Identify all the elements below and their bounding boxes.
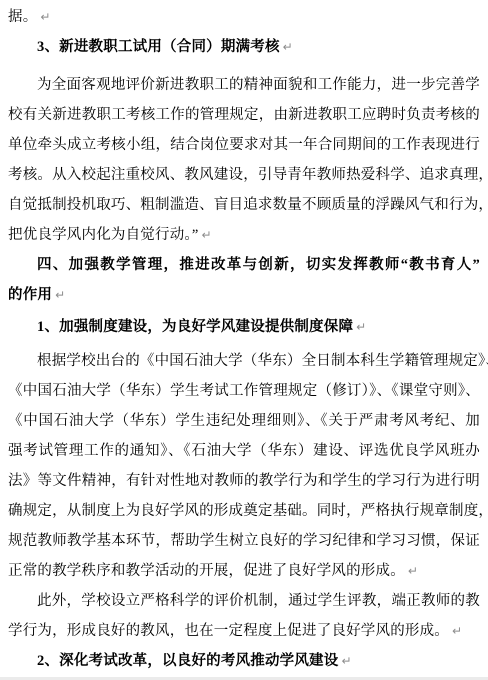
body-line[interactable]: 根据学校出台的《中国石油大学（华东）全日制本科生学籍管理规定》、 bbox=[8, 346, 480, 376]
line-text: 正常的教学秩序和教学活动的开展，促进了良好学风的形成。 bbox=[8, 563, 405, 579]
body-line[interactable]: 校有关新进教职工考核工作的管理规定，由新进教职工应聘时负责考核的 bbox=[8, 100, 480, 130]
line-text: 自觉抵制投机取巧、粗制滥造、盲目追求数量不顾质量的浮躁风气和行为， bbox=[8, 197, 488, 213]
heading-line[interactable]: 的作用↵ bbox=[8, 280, 480, 310]
line-text: 单位牵头成立考核小组，结合岗位要求对其一年合同期间的工作表现进行 bbox=[8, 137, 480, 153]
line-text: 此外，学校设立严格科学的评价机制，通过学生评教，端正教师的教 bbox=[37, 593, 480, 609]
document-page[interactable]: 据。↵ 3、新进教职工试用（合同）期满考核↵ 为全面客观地评价新进教职工的精神面… bbox=[0, 0, 488, 676]
line-text: 规范教师教学基本环节，帮助学生树立良好的学习纪律和学习习惯，保证 bbox=[8, 533, 480, 549]
line-text: 根据学校出台的《中国石油大学（华东）全日制本科生学籍管理规定》、 bbox=[37, 353, 488, 369]
line-text: 确规定，从制度上为良好学风的形成奠定基础。同时，严格执行规章制度， bbox=[8, 503, 488, 519]
body-line[interactable]: 自觉抵制投机取巧、粗制滥造、盲目追求数量不顾质量的浮躁风气和行为， bbox=[8, 190, 480, 220]
line-text: 考核。从入校起注重校风、教风建设，引导青年教师热爱科学、追求真理， bbox=[8, 167, 488, 183]
paragraph-mark-icon: ↵ bbox=[356, 320, 366, 334]
body-line[interactable]: 为全面客观地评价新进教职工的精神面貌和工作能力，进一步完善学 bbox=[8, 70, 480, 100]
body-line[interactable]: 《中国石油大学（华东）学生违纪处理细则》、《关于严肃考风考纪、加 bbox=[8, 406, 480, 436]
line-text: 《中国石油大学（华东）学生考试工作管理规定（修订）》、《课堂守则》、 bbox=[8, 383, 480, 399]
heading-line[interactable]: 2、深化考试改革，以良好的考风推动学风建设↵ bbox=[8, 646, 480, 676]
line-text: 强考试管理工作的通知》、《石油大学（华东）建设、评选优良学风班办 bbox=[8, 443, 480, 459]
line-text: 3、新进教职工试用（合同）期满考核 bbox=[37, 39, 280, 55]
paragraph-mark-icon: ↵ bbox=[408, 564, 418, 578]
line-text: 学行为，形成良好的教风，也在一定程度上促进了良好学风的形成。 bbox=[8, 623, 449, 639]
paragraph-mark-icon: ↵ bbox=[202, 228, 212, 242]
heading-line[interactable]: 四、加强教学管理，推进改革与创新，切实发挥教师“教书育人” bbox=[8, 250, 480, 280]
paragraph-mark-icon: ↵ bbox=[283, 40, 293, 54]
body-line[interactable]: 据。↵ bbox=[8, 2, 480, 32]
line-text: 四、加强教学管理，推进改革与创新，切实发挥教师“教书育人” bbox=[37, 257, 480, 273]
heading-line[interactable]: 1、加强制度建设，为良好学风建设提供制度保障↵ bbox=[8, 312, 480, 342]
line-text: 的作用 bbox=[8, 287, 52, 303]
body-line[interactable]: 单位牵头成立考核小组，结合岗位要求对其一年合同期间的工作表现进行 bbox=[8, 130, 480, 160]
paragraph-mark-icon: ↵ bbox=[341, 654, 351, 668]
body-line[interactable]: 此外，学校设立严格科学的评价机制，通过学生评教，端正教师的教 bbox=[8, 586, 480, 616]
heading-line[interactable]: 3、新进教职工试用（合同）期满考核↵ bbox=[8, 32, 480, 62]
paragraph-mark-icon: ↵ bbox=[452, 624, 462, 638]
body-line[interactable]: 规范教师教学基本环节，帮助学生树立良好的学习纪律和学习习惯，保证 bbox=[8, 526, 480, 556]
body-line[interactable]: 考核。从入校起注重校风、教风建设，引导青年教师热爱科学、追求真理， bbox=[8, 160, 480, 190]
body-line[interactable]: 正常的教学秩序和教学活动的开展，促进了良好学风的形成。↵ bbox=[8, 556, 480, 586]
body-line[interactable]: 确规定，从制度上为良好学风的形成奠定基础。同时，严格执行规章制度， bbox=[8, 496, 480, 526]
paragraph-mark-icon: ↵ bbox=[55, 288, 65, 302]
line-text: 校有关新进教职工考核工作的管理规定，由新进教职工应聘时负责考核的 bbox=[8, 107, 480, 123]
line-text: 《中国石油大学（华东）学生违纪处理细则》、《关于严肃考风考纪、加 bbox=[8, 413, 480, 429]
line-text: 为全面客观地评价新进教职工的精神面貌和工作能力，进一步完善学 bbox=[37, 77, 480, 93]
paragraph-mark-icon: ↵ bbox=[40, 10, 50, 24]
line-text: 2、深化考试改革，以良好的考风推动学风建设 bbox=[37, 653, 338, 669]
body-line[interactable]: 强考试管理工作的通知》、《石油大学（华东）建设、评选优良学风班办 bbox=[8, 436, 480, 466]
body-line[interactable]: 学行为，形成良好的教风，也在一定程度上促进了良好学风的形成。↵ bbox=[8, 616, 480, 646]
body-line[interactable]: 法》等文件精神，有针对性地对教师的教学行为和学生的学习行为进行明 bbox=[8, 466, 480, 496]
body-line[interactable]: 《中国石油大学（华东）学生考试工作管理规定（修订）》、《课堂守则》、 bbox=[8, 376, 480, 406]
line-text: 据。 bbox=[8, 9, 37, 25]
line-text: 把优良学风内化为自觉行动。” bbox=[8, 227, 199, 243]
line-text: 法》等文件精神，有针对性地对教师的教学行为和学生的学习行为进行明 bbox=[8, 473, 480, 489]
body-line[interactable]: 把优良学风内化为自觉行动。”↵ bbox=[8, 220, 480, 250]
line-text: 1、加强制度建设，为良好学风建设提供制度保障 bbox=[37, 319, 353, 335]
